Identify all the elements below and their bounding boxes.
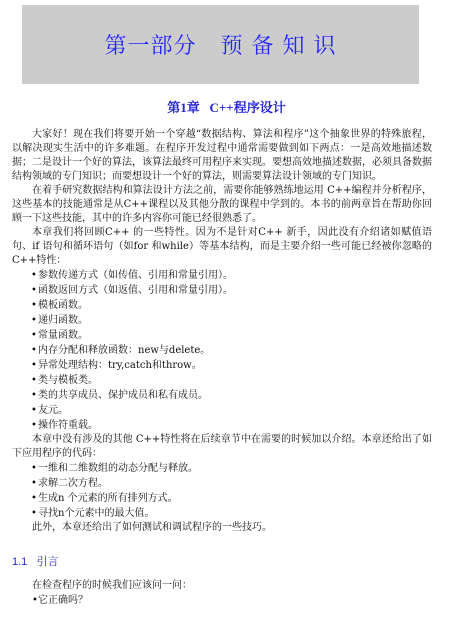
question-list: 它正确吗？ bbox=[12, 593, 432, 608]
prerequisites-paragraph: 在着手研究数据结构和算法设计方法之前，需要你能够熟练地运用 C++编程并分析程序… bbox=[12, 184, 432, 226]
list-item: 操作符重载。 bbox=[12, 418, 432, 433]
applications-intro-paragraph: 本章中没有涉及的其他 C++特性将在后续章节中在需要的时候加以介绍。本章还给出了… bbox=[12, 433, 432, 461]
intro-paragraph: 大家好！现在我们将要开始一个穿越“数据结构、算法和程序”这个抽象世界的特殊旅程，… bbox=[12, 128, 432, 184]
list-item: 寻找n个元素中的最大值。 bbox=[12, 506, 432, 521]
list-item: 常量函数。 bbox=[12, 328, 432, 343]
list-item: 模板函数。 bbox=[12, 298, 432, 313]
chapter-body: 大家好！现在我们将要开始一个穿越“数据结构、算法和程序”这个抽象世界的特殊旅程，… bbox=[12, 128, 432, 535]
chapter-title: 第1章 C++程序设计 bbox=[0, 97, 453, 116]
list-item: 函数返回方式（如返值、引用和常量引用）。 bbox=[12, 283, 432, 298]
part-title: 第一部分 预 备 知 识 bbox=[105, 29, 337, 60]
list-item: 友元。 bbox=[12, 403, 432, 418]
list-item: 类与模板类。 bbox=[12, 373, 432, 388]
section-heading: 1.1 引言 bbox=[12, 553, 58, 569]
list-item: 它正确吗？ bbox=[12, 593, 432, 608]
list-item: 类的共享成员、保护成员和私有成员。 bbox=[12, 388, 432, 403]
tips-paragraph: 此外，本章还给出了如何测试和调试程序的一些技巧。 bbox=[12, 521, 432, 535]
list-item: 内存分配和释放函数：new与delete。 bbox=[12, 343, 432, 358]
list-item: 一维和二维数组的动态分配与释放。 bbox=[12, 461, 432, 476]
list-item: 异常处理结构：try,catch和throw。 bbox=[12, 358, 432, 373]
list-item: 生成n 个元素的所有排列方式。 bbox=[12, 491, 432, 506]
application-list: 一维和二维数组的动态分配与释放。 求解二次方程。 生成n 个元素的所有排列方式。… bbox=[12, 461, 432, 521]
section-body: 在检查程序的时候我们应该问一问： 它正确吗？ bbox=[12, 579, 432, 608]
section-intro: 在检查程序的时候我们应该问一问： bbox=[12, 579, 432, 593]
list-item: 求解二次方程。 bbox=[12, 476, 432, 491]
features-intro-paragraph: 本章我们将回顾C++ 的一些特性。因为不是针对C++ 新手，因此没有介绍诸如赋值… bbox=[12, 226, 432, 268]
part-banner: 第一部分 预 备 知 识 bbox=[22, 5, 419, 84]
list-item: 递归函数。 bbox=[12, 313, 432, 328]
list-item: 参数传递方式（如传值、引用和常量引用）。 bbox=[12, 268, 432, 283]
feature-list: 参数传递方式（如传值、引用和常量引用）。 函数返回方式（如返值、引用和常量引用）… bbox=[12, 268, 432, 433]
